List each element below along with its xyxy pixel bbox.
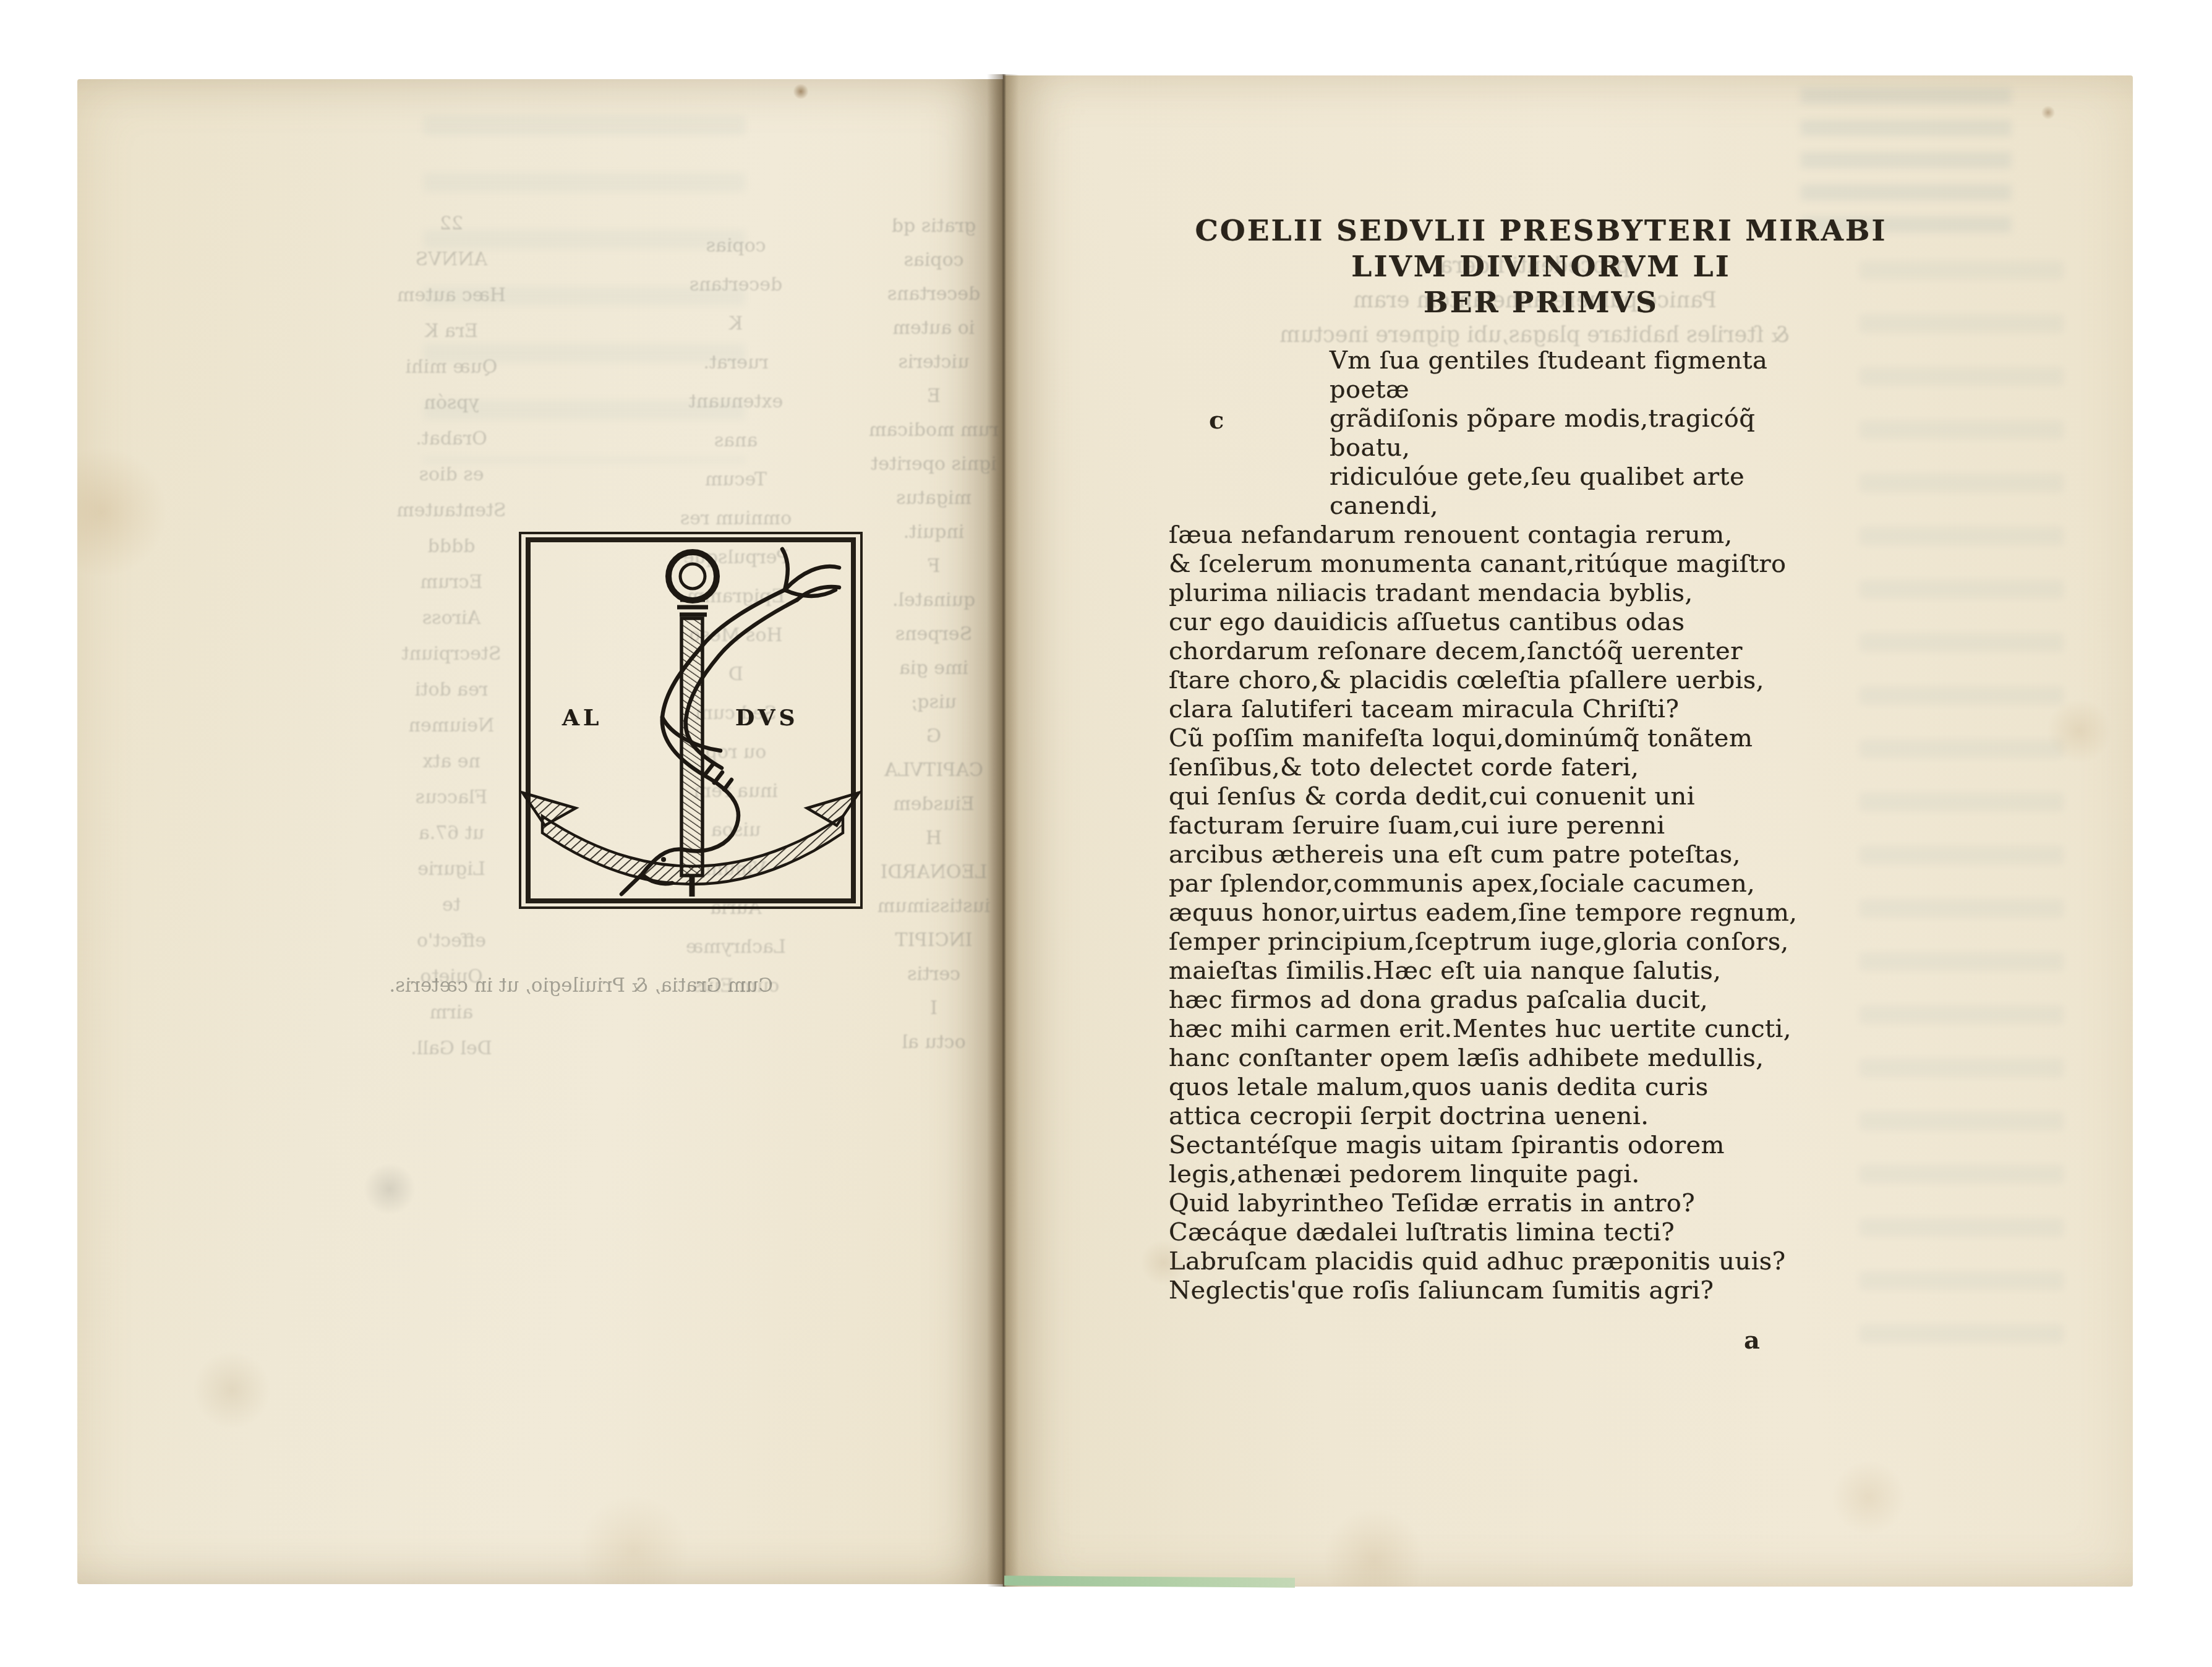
poem-line: ſtare choro,& placidis cœleſtia pſallere…: [1169, 666, 1997, 695]
poem-line: Quid labyrintheo Teſidæ erratis in antro…: [1169, 1189, 1997, 1218]
bleedthrough-line: iustissimum: [860, 889, 1003, 923]
poem-line: legis,athenæi pedorem linquite pagi.: [1169, 1160, 1997, 1189]
heading-line: LIVM DIVINORVM LI: [1090, 249, 1992, 285]
poem-line: chordarum reſonare decem,ſanctóq̃ uerent…: [1169, 637, 1997, 666]
bleedthrough-line: decertans: [860, 277, 1003, 311]
bleedthrough-line: E: [860, 379, 1003, 413]
bleedthrough-line: Eiusdem: [860, 787, 1003, 821]
bleedthrough-line: extenuant: [634, 382, 838, 421]
bleedthrough-line: 22: [346, 206, 557, 242]
bleedthrough-line: Lachrymæ: [634, 927, 838, 966]
poem-line: grãdiſonis põpare modis,tragicóq̃: [1330, 404, 1886, 433]
bleedthrough-line: inquit.: [860, 515, 1003, 549]
poem-line: canendi,: [1330, 492, 1886, 521]
book-scan: 22ANNVSHæc autemEra KQuæ mihiypsónOrabat…: [0, 0, 2212, 1667]
bleedthrough-line: migatus: [860, 481, 1003, 515]
signature-mark: a: [1744, 1326, 1760, 1355]
bleedthrough-line: uisq;: [860, 685, 1003, 719]
poem-line: Cũ poſſim manifeſta loqui,dominúmq̃ tonã…: [1169, 724, 1997, 753]
bleedthrough-line: K: [634, 304, 838, 343]
bleedthrough-line: Serpens: [860, 617, 1003, 651]
poem-line: boatu,: [1330, 433, 1886, 463]
bleedthrough-line: Del Gall.: [346, 1031, 557, 1067]
bleedthrough-line: ANNVS: [346, 242, 557, 278]
poem-line: plurima niliacis tradant mendacia byblis…: [1169, 579, 1997, 608]
bleedthrough-line: anas: [634, 421, 838, 460]
poem-line: quos letale malum,quos uanis dedita curi…: [1169, 1073, 1997, 1102]
poem-line: hanc conſtanter opem læſis adhibete medu…: [1169, 1044, 1997, 1073]
bleedthrough-line: ypsón: [346, 385, 557, 421]
poem-line: facturam ſeruire ſuam,cui iure perenni: [1169, 811, 1997, 840]
poem-line: hæc firmos ad dona gradus paſcalia ducit…: [1169, 986, 1997, 1015]
bleedthrough-line: Orabat.: [346, 421, 557, 457]
bleedthrough-line: F: [860, 549, 1003, 583]
bleedthrough-line: Hæc autem: [346, 278, 557, 313]
poem-line: Cæcáque dædalei luſtratis limina tecti?: [1169, 1218, 1997, 1247]
bleedthrough-line: I: [860, 991, 1003, 1025]
poem-line: ſæua nefandarum renouent contagia rerum,: [1169, 521, 1997, 550]
poem-opening-block: Vm ſua gentiles ſtudeant figmentapoetægr…: [1330, 346, 1886, 521]
left-page: 22ANNVSHæc autemEra KQuæ mihiypsónOrabat…: [77, 79, 1003, 1584]
poem-line: Labruſcam placidis quid adhuc præponitis…: [1169, 1247, 1997, 1276]
bleedthrough-line: INCIPIT: [860, 923, 1003, 957]
bleedthrough-line: ignis operitet: [860, 447, 1003, 481]
bleedthrough-line: effect'o: [346, 923, 557, 959]
bleedthrough-privilege-line: Cum Gratia, & Priuilegio, ut in cæteris.: [427, 974, 773, 997]
poem-line: Neglectis'que roſis ſaliuncam ſumitis ag…: [1169, 1276, 1997, 1305]
poem-line: qui ſenſus & corda dedit,cui conuenit un…: [1169, 782, 1997, 811]
bleedthrough-line: certis: [860, 957, 1003, 991]
bleedthrough-line: ruerat.: [634, 343, 838, 382]
bleedthrough-line: Stentautem: [346, 493, 557, 529]
bleedthrough-line: es dios: [346, 457, 557, 493]
bleedthrough-line: airm: [346, 995, 557, 1031]
dropcap-guide-letter: c: [1209, 406, 1224, 435]
heading-line: COELII SEDVLII PRESBYTERI MIRABI: [1090, 213, 1992, 249]
bleedthrough-line: Tecum: [634, 460, 838, 499]
bleedthrough-line: Quæ mihi: [346, 349, 557, 385]
poem-line: Vm ſua gentiles ſtudeant figmenta: [1330, 346, 1886, 375]
poem-line: Sectantéſque magis uitam ſpirantis odore…: [1169, 1131, 1997, 1160]
right-page: procedenti ſideraPanice puluere anhelant…: [1003, 75, 2133, 1587]
poem-line: arcibus æthereis una eſt cum patre poteſ…: [1169, 840, 1997, 869]
aldus-printer-device: AL DVS: [518, 531, 864, 910]
poem-line: ridiculóue gete,ſeu qualibet arte: [1330, 463, 1886, 492]
poem-line: poetæ: [1330, 375, 1886, 404]
bleedthrough-line: copias: [634, 226, 838, 265]
bleedthrough-line: CAPITVLA: [860, 753, 1003, 787]
bleedthrough-line: Era K: [346, 313, 557, 349]
device-label-dvs: DVS: [735, 705, 799, 731]
poem-line: clara ſalutiferi taceam miracula Chriſti…: [1169, 695, 1997, 724]
bleedthrough-line: ime gia: [860, 651, 1003, 685]
chapter-heading: COELII SEDVLII PRESBYTERI MIRABILIVM DIV…: [1090, 213, 1992, 321]
poem-line: hæc mihi carmen erit.Mentes huc uertite …: [1169, 1015, 1997, 1044]
bleedthrough-line: decertans: [634, 265, 838, 304]
bleedthrough-column-c: gratis qdcopiasdecertansio autemuicteris…: [860, 209, 1003, 1059]
bleedthrough-line: io autem: [860, 311, 1003, 345]
bleedthrough-line: LEONARDI: [860, 855, 1003, 889]
heading-line: BER PRIMVS: [1090, 285, 1992, 321]
poem-line: par ſplendor,communis apex,ſociale cacum…: [1169, 869, 1997, 898]
poem-line: ſemper principium,ſceptrum iuge,gloria c…: [1169, 927, 1997, 957]
poem-line: cur ego dauidicis aſſuetus cantibus odas: [1169, 608, 1997, 637]
bleedthrough-line: uicteris: [860, 345, 1003, 379]
poem-body-block: ſæua nefandarum renouent contagia rerum,…: [1169, 521, 1997, 1305]
poem-line: attica cecropii ſerpit doctrina ueneni.: [1169, 1102, 1997, 1131]
backing-board-edge: [1004, 1575, 1295, 1587]
bleedthrough-line: rum modicam: [860, 413, 1003, 447]
poem-line: maieſtas ſimilis.Hæc eſt uia nanque ſalu…: [1169, 957, 1997, 986]
poem-line: & ſcelerum monumenta canant,ritúque magi…: [1169, 550, 1997, 579]
device-label-al: AL: [562, 705, 602, 731]
bleedthrough-line: copias: [860, 243, 1003, 277]
bleedthrough-line: G: [860, 719, 1003, 753]
bleedthrough-line: H: [860, 821, 1003, 855]
bleedthrough-line: octu al: [860, 1025, 1003, 1059]
bleedthrough-line: gratis qd: [860, 209, 1003, 243]
poem-line: æquus honor,uirtus eadem,ſine tempore re…: [1169, 898, 1997, 927]
bleedthrough-line: quinatel.: [860, 583, 1003, 617]
poem-line: ſenſibus,& toto delectet corde fateri,: [1169, 753, 1997, 782]
